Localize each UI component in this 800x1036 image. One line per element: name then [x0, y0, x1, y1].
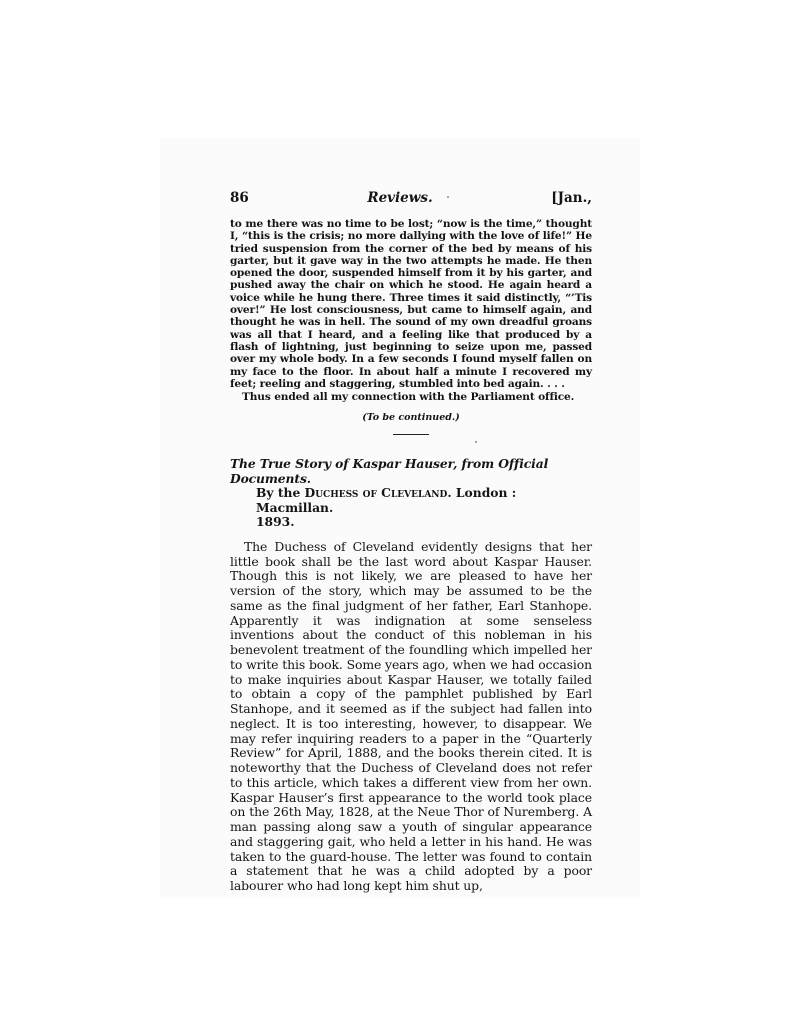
issue-label: [Jan., [551, 190, 592, 206]
previous-article-excerpt: to me there was no time to be lost; “now… [230, 218, 592, 403]
review-body: The Duchess of Cleveland evidently desig… [230, 540, 592, 894]
scan-speck [447, 196, 449, 198]
page-number: 86 [230, 190, 249, 206]
book-author: Duchess of Cleveland [305, 485, 448, 500]
byline-by: By the [256, 485, 300, 500]
review-heading: The True Story of Kaspar Hauser, from Of… [230, 457, 592, 530]
section-title: Reviews. [367, 190, 432, 206]
excerpt-paragraph: to me there was no time to be lost; “now… [230, 218, 592, 390]
book-title: The True Story of Kaspar Hauser, from Of… [230, 456, 548, 486]
scan-speck [475, 441, 477, 443]
document-page: 86 Reviews. [Jan., to me there was no ti… [230, 190, 592, 894]
to-be-continued-note: (To be continued.) [230, 412, 592, 423]
byline: By the Duchess of Cleveland. London : Ma… [230, 486, 592, 530]
review-paragraph: The Duchess of Cleveland evidently desig… [230, 540, 592, 894]
excerpt-closing-line: Thus ended all my connection with the Pa… [230, 391, 592, 403]
scan-speck [414, 874, 416, 876]
running-header: 86 Reviews. [Jan., [230, 190, 592, 212]
publication-year: 1893. [256, 514, 295, 529]
section-divider [393, 434, 429, 435]
